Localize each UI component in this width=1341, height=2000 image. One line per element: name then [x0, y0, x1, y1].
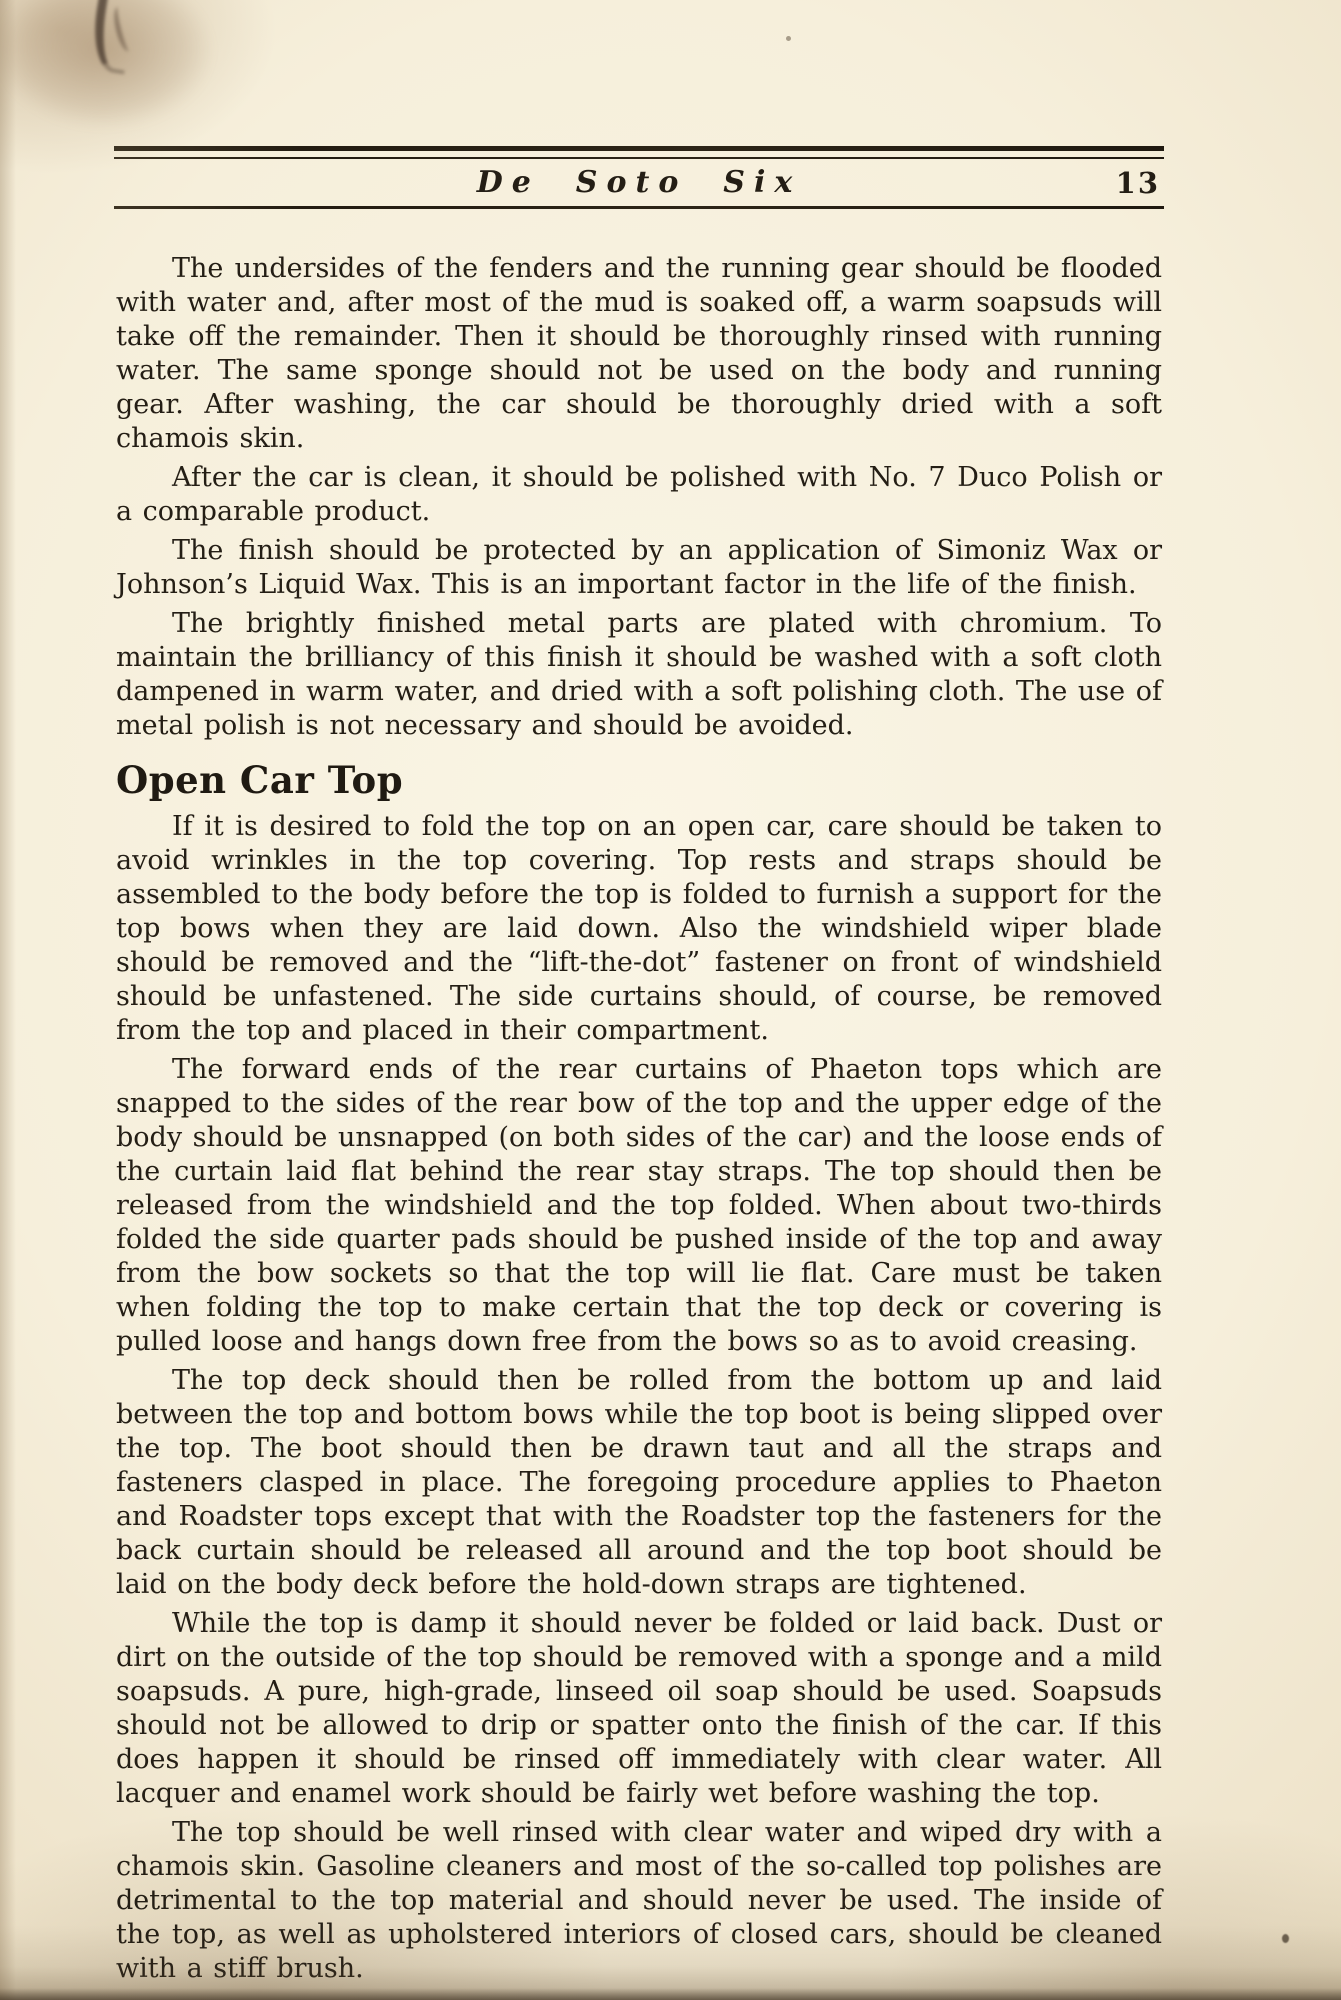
paragraph-damp-top: While the top is damp it should never be… — [116, 1607, 1162, 1811]
paragraph-top-deck-boot: The top deck should then be rolled from … — [116, 1364, 1162, 1602]
section-heading: Open Car Top — [116, 759, 1162, 801]
header-rule-thin — [114, 157, 1164, 159]
paper-speck — [1282, 1934, 1289, 1943]
body-text: The undersides of the fenders and the ru… — [116, 252, 1162, 1991]
paragraph-chromium: The brightly finished metal parts are pl… — [116, 607, 1162, 743]
paragraph-washing-fenders: The undersides of the fenders and the ru… — [116, 252, 1162, 456]
page-number: 13 — [1116, 162, 1160, 204]
page-header: De Soto Six 13 — [114, 162, 1164, 204]
scan-edge-bottom-dark — [0, 1988, 1341, 2000]
header-rule-thick — [114, 146, 1164, 151]
scan-edge-left — [0, 0, 16, 2000]
running-title: De Soto Six — [114, 162, 1164, 204]
paper-speck-small — [786, 36, 791, 41]
paragraph-folding-top: If it is desired to fold the top on an o… — [116, 810, 1162, 1048]
header-bottom-rule — [114, 206, 1164, 209]
scanned-manual-page: De Soto Six 13 The undersides of the fen… — [0, 0, 1341, 2000]
paragraph-wax: The finish should be protected by an app… — [116, 534, 1162, 602]
paragraph-phaeton-curtains: The forward ends of the rear curtains of… — [116, 1053, 1162, 1359]
paragraph-polish: After the car is clean, it should be pol… — [116, 461, 1162, 529]
